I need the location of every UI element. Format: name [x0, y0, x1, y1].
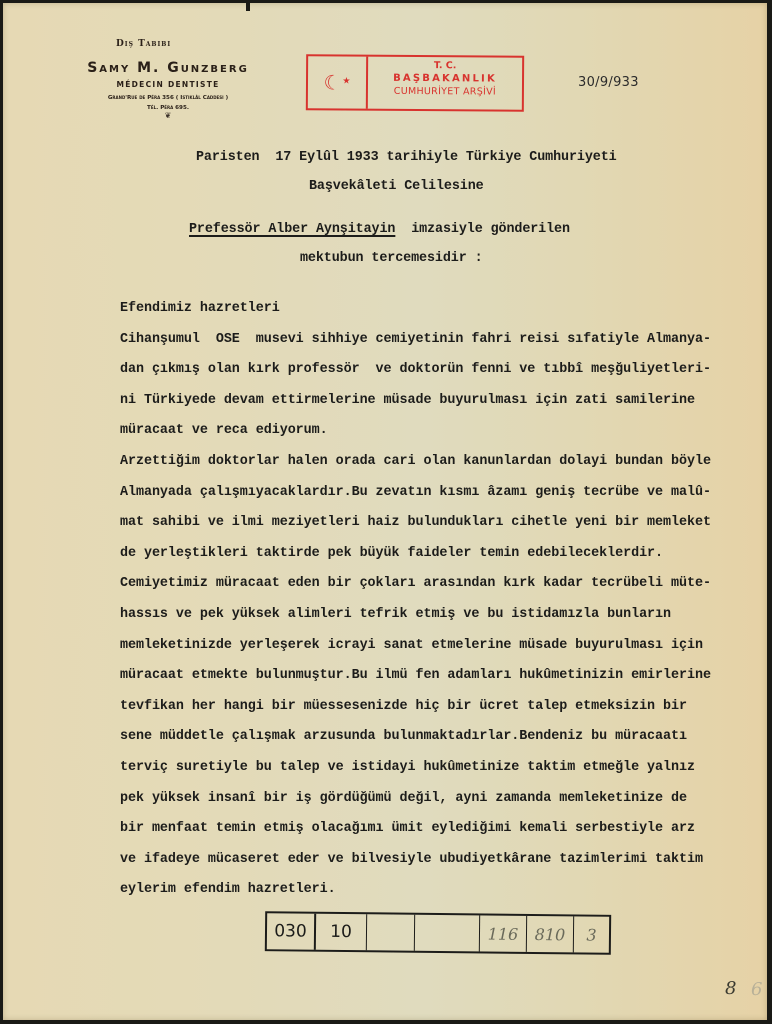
stamp-line-tc: T. C. [368, 59, 522, 73]
body-line: eylerim efendim hazretleri. [120, 875, 770, 906]
crescent-star-icon: ☾★ [308, 56, 368, 108]
document-page: Diş Tabibi Samy M. Gunzberg MÉDECIN DENT… [3, 3, 767, 1020]
letterhead-profession: MÉDECIN DENTISTE [61, 80, 275, 89]
archive-cell-handwritten: 116 [480, 915, 527, 951]
body-line: Cihanşumul OSE musevi sihhiye cemiyetini… [120, 325, 770, 356]
stamp-text: T. C. BAŞBAKANLIK CUMHURİYET ARŞİVİ [368, 57, 522, 110]
stamp-line-archive: CUMHURİYET ARŞİVİ [368, 85, 522, 99]
body-line: Cemiyetimiz müracaat eden bir çokları ar… [120, 569, 770, 600]
signer-name: Prefessör Alber Aynşitayin [189, 222, 395, 237]
archive-cell-handwritten: 3 [574, 916, 609, 952]
body-line: mat sahibi ve ilmi meziyetleri haiz bulu… [120, 508, 770, 539]
letterhead-title: Diş Tabibi [61, 39, 275, 49]
body-line: ni Türkiyede devam ettirmelerine müsade … [120, 386, 770, 417]
binding-notch [246, 3, 250, 11]
body-line: hassıs ve pek yüksek alimleri tefrik etm… [120, 600, 770, 631]
archive-cell [367, 914, 415, 951]
stamp-line-basbakanlik: BAŞBAKANLIK [368, 72, 522, 86]
archive-cell-handwritten: 810 [527, 916, 574, 952]
body-line: memleketinizde yerleşerek icrayi sanat e… [120, 631, 770, 662]
letterhead: Diş Tabibi Samy M. Gunzberg MÉDECIN DENT… [61, 39, 275, 120]
heading-line-3-rest: imzasiyle gönderilen [395, 222, 570, 237]
heading-line-3: Prefessör Alber Aynşitayin imzasiyle gön… [189, 222, 570, 237]
archive-stamp: ☾★ T. C. BAŞBAKANLIK CUMHURİYET ARŞİVİ [306, 54, 524, 112]
body-line: sene müddetle çalışmak arzusunda bulunma… [120, 722, 770, 753]
body-line: Almanyada çalışmıyacaklardır.Bu zevatın … [120, 478, 770, 509]
archive-cell: 030 [267, 913, 316, 950]
body-line: müracaat ve reca ediyorum. [120, 416, 770, 447]
body-line: ve ifadeye mücaseret eder ve bilvesiyle … [120, 845, 770, 876]
document-date: 30/9/933 [578, 75, 639, 90]
body-line: pek yüksek insanî bir iş gördüğümü değil… [120, 784, 770, 815]
body-line: terviç suretiyle bu talep ve istidayi hu… [120, 753, 770, 784]
heading-line-4: mektubun tercemesidir : [300, 251, 483, 266]
body-line: tevfikan her hangi bir müessesenizde hiç… [120, 692, 770, 723]
archive-cell [415, 915, 480, 952]
crescent-icon: ☾ [323, 70, 341, 94]
body-line: Efendimiz hazretleri [120, 294, 770, 325]
body-line: dan çıkmış olan kırk professör ve doktor… [120, 355, 770, 386]
body-line: müracaat etmekte bulunmuştur.Bu ilmü fen… [120, 661, 770, 692]
page-number: 8 [725, 978, 736, 999]
body-line: de yerleştikleri taktirde pek büyük faid… [120, 539, 770, 570]
letterhead-name: Samy M. Gunzberg [61, 60, 275, 76]
body-line: bir menfaat temin etmiş olacağımı ümit e… [120, 814, 770, 845]
archive-code-box: 030 10 116 810 3 [265, 911, 611, 955]
ornament-icon: ❦ [61, 111, 275, 120]
page-number-faint: 6 [751, 979, 762, 1000]
letterhead-address: Grand'Rue de Péra 356 ( Istiklâl Caddesi… [61, 95, 275, 101]
heading-line-2: Başvekâleti Celilesine [309, 179, 484, 194]
star-icon: ★ [342, 76, 350, 86]
heading-line-1: Paristen 17 Eylûl 1933 tarihiyle Türkiye… [196, 150, 617, 165]
archive-cell: 10 [316, 914, 367, 951]
body-line: Arzettiğim doktorlar halen orada cari ol… [120, 447, 770, 478]
letter-body: Efendimiz hazretleri Cihanşumul OSE muse… [120, 294, 770, 906]
